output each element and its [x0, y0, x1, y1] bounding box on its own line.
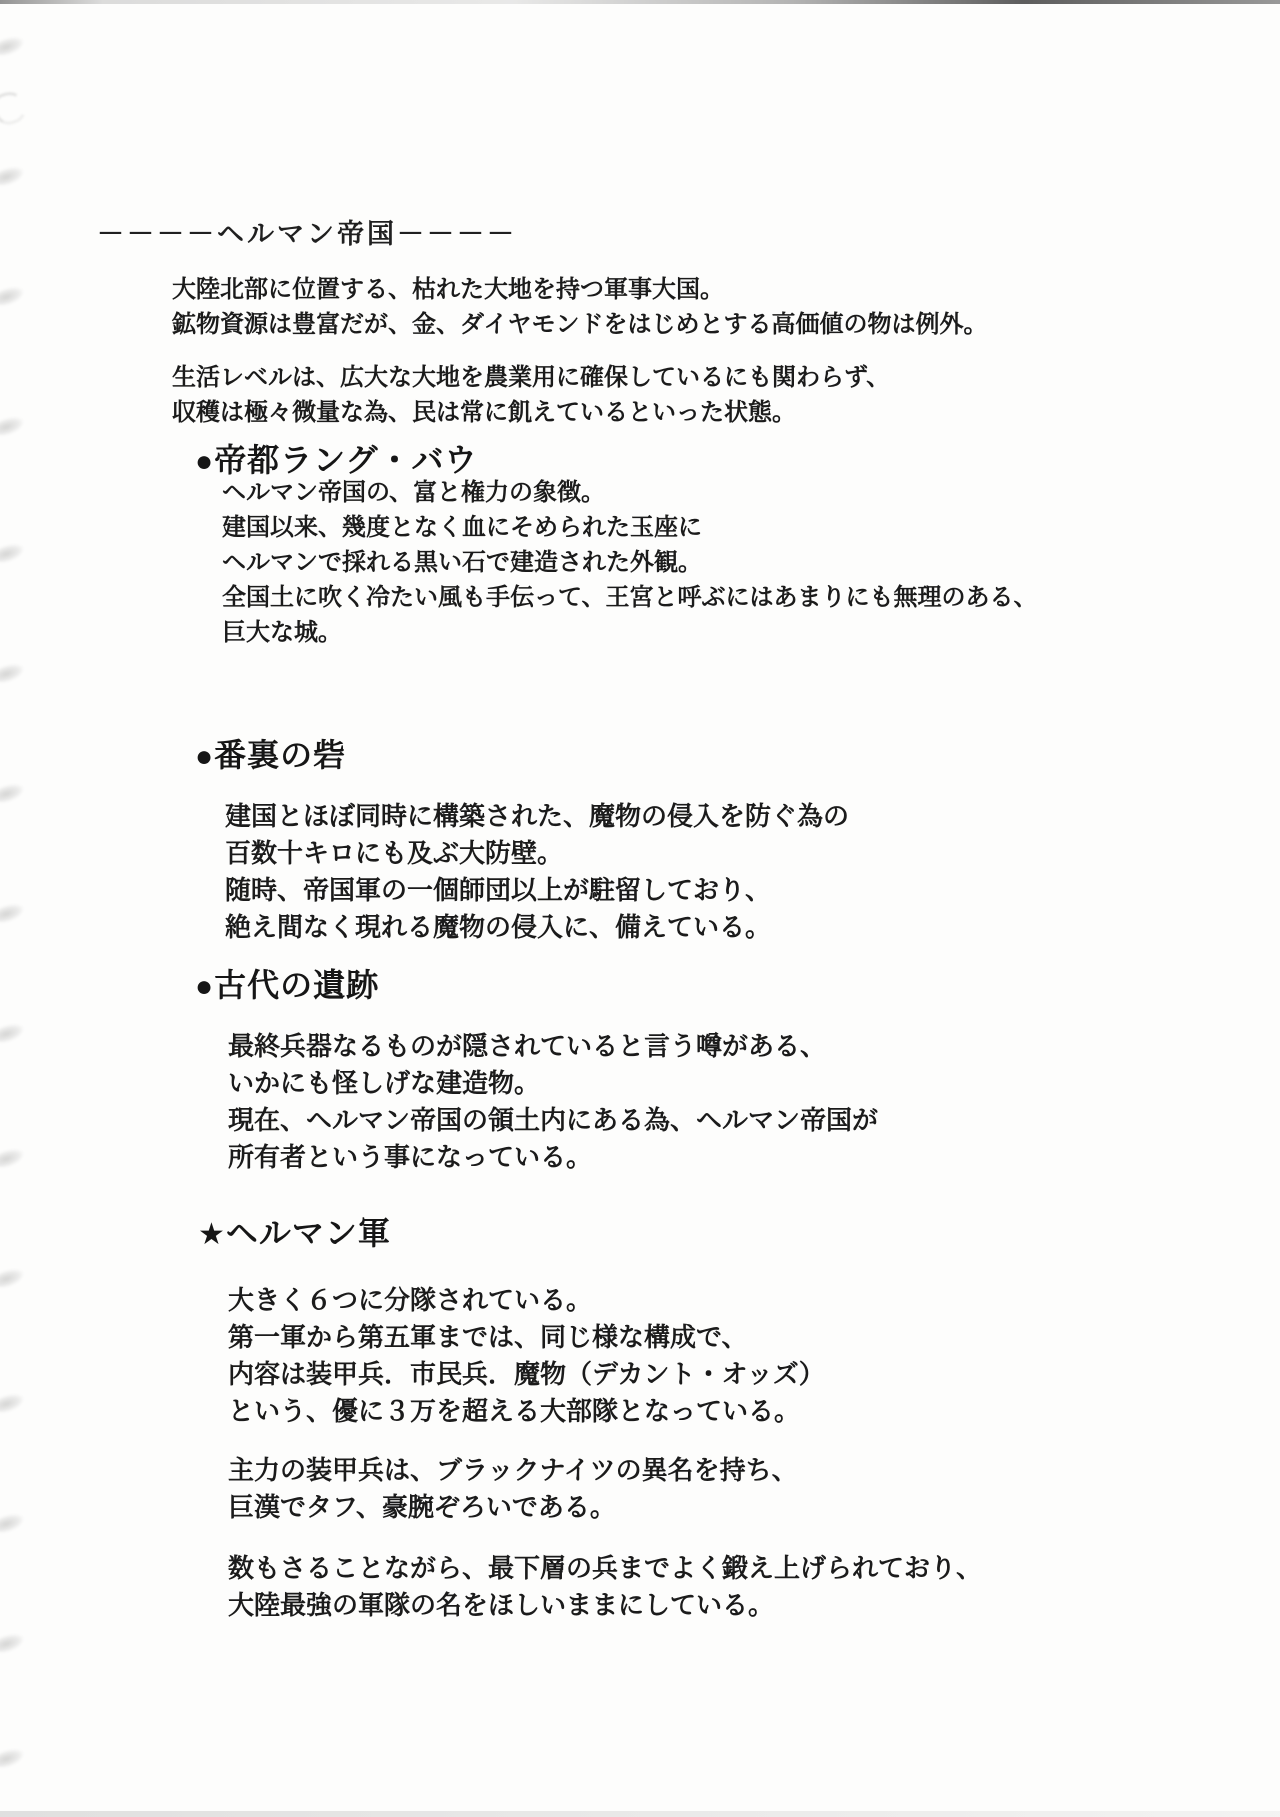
- section-heading-ruins: ●古代の遺跡: [195, 960, 379, 1006]
- text-line: 建国以来、幾度となく血にそめられた玉座に: [222, 510, 1038, 545]
- text-line: 建国とほぼ同時に構築された、魔物の侵入を防ぐ為の: [225, 798, 849, 835]
- text-line: 大陸最強の軍隊の名をほしいままにしている。: [228, 1587, 982, 1624]
- section-heading-army: ★ヘルマン軍: [198, 1208, 391, 1254]
- section-heading-text: 番裏の砦: [214, 737, 346, 773]
- text-line: 巨漢でタフ、豪腕ぞろいである。: [228, 1489, 798, 1526]
- text-line: いかにも怪しげな建造物。: [228, 1065, 878, 1102]
- army-paragraph-2: 主力の装甲兵は、ブラックナイツの異名を持ち、 巨漢でタフ、豪腕ぞろいである。: [228, 1452, 798, 1526]
- intro-paragraph-1: 大陸北部に位置する、枯れた大地を持つ軍事大国。 鉱物資源は豊富だが、金、ダイヤモ…: [172, 272, 988, 342]
- text-line: 現在、ヘルマン帝国の領土内にある為、ヘルマン帝国が: [228, 1102, 878, 1139]
- binding-mark: [0, 1631, 26, 1655]
- text-line: 大きく６つに分隊されている。: [228, 1282, 825, 1319]
- bullet-icon: ●: [195, 740, 214, 773]
- section-heading-text: ヘルマン軍: [226, 1215, 391, 1251]
- text-line: 百数十キロにも及ぶ大防壁。: [225, 835, 849, 872]
- army-paragraph-3: 数もさることながら、最下層の兵までよく鍛え上げられており、 大陸最強の軍隊の名を…: [228, 1550, 982, 1624]
- page-title: －－－－ヘルマン帝国－－－－: [97, 212, 517, 251]
- binding-mark: [0, 1266, 26, 1290]
- bullet-icon: ●: [195, 445, 214, 478]
- text-line: 所有者という事になっている。: [228, 1139, 878, 1176]
- binding-mark: [0, 164, 26, 188]
- binding-mark: [0, 1746, 26, 1770]
- bullet-icon: ●: [195, 970, 214, 1003]
- text-line: 収穫は極々微量な為、民は常に飢えているといった状態。: [172, 395, 890, 430]
- text-line: 全国土に吹く冷たい風も手伝って、王宮と呼ぶにはあまりにも無理のある、: [222, 580, 1038, 615]
- binding-mark: [0, 34, 26, 58]
- army-paragraph-1: 大きく６つに分隊されている。 第一軍から第五軍までは、同じ様な構成で、 内容は装…: [228, 1282, 825, 1430]
- binding-mark: [0, 88, 30, 128]
- text-line: 絶え間なく現れる魔物の侵入に、備えている。: [225, 909, 849, 946]
- text-line: 巨大な城。: [222, 615, 1038, 650]
- section-heading-text: 帝都ラング・バウ: [214, 442, 477, 478]
- text-line: 内容は装甲兵．市民兵．魔物（デカント・オッズ）: [228, 1356, 825, 1393]
- text-line: ヘルマンで採れる黒い石で建造された外観。: [222, 545, 1038, 580]
- text-line: 第一軍から第五軍までは、同じ様な構成で、: [228, 1319, 825, 1356]
- binding-mark: [0, 541, 26, 565]
- text-line: ヘルマン帝国の、富と権力の象徴。: [222, 475, 1038, 510]
- text-line: 数もさることながら、最下層の兵までよく鍛え上げられており、: [228, 1550, 982, 1587]
- text-line: という、優に３万を超える大部隊となっている。: [228, 1393, 825, 1430]
- text-line: 生活レベルは、広大な大地を農業用に確保しているにも関わらず、: [172, 360, 890, 395]
- binding-mark: [0, 901, 26, 925]
- binding-mark: [0, 781, 26, 805]
- scanned-document-page: －－－－ヘルマン帝国－－－－ 大陸北部に位置する、枯れた大地を持つ軍事大国。 鉱…: [0, 0, 1280, 1817]
- text-line: 大陸北部に位置する、枯れた大地を持つ軍事大国。: [172, 272, 988, 307]
- text-line: 最終兵器なるものが隠されていると言う噂がある、: [228, 1028, 878, 1065]
- text-line: 主力の装甲兵は、ブラックナイツの異名を持ち、: [228, 1452, 798, 1489]
- binding-mark: [0, 1511, 26, 1535]
- section-body-fort: 建国とほぼ同時に構築された、魔物の侵入を防ぐ為の 百数十キロにも及ぶ大防壁。 随…: [225, 798, 849, 946]
- star-icon: ★: [198, 1218, 226, 1251]
- binding-mark: [0, 284, 26, 308]
- scan-bottom-edge: [0, 1811, 1280, 1817]
- binding-mark: [0, 414, 26, 438]
- text-line: 随時、帝国軍の一個師団以上が駐留しており、: [225, 872, 849, 909]
- section-heading-fort: ●番裏の砦: [195, 730, 346, 776]
- binding-mark: [0, 1146, 26, 1170]
- binding-mark: [0, 1021, 26, 1045]
- section-body-ruins: 最終兵器なるものが隠されていると言う噂がある、 いかにも怪しげな建造物。 現在、…: [228, 1028, 878, 1176]
- section-heading-text: 古代の遺跡: [214, 967, 379, 1003]
- scan-top-edge: [0, 0, 1280, 4]
- binding-mark: [0, 1391, 26, 1415]
- text-line: 鉱物資源は豊富だが、金、ダイヤモンドをはじめとする高価値の物は例外。: [172, 307, 988, 342]
- binding-mark: [0, 661, 26, 685]
- intro-paragraph-2: 生活レベルは、広大な大地を農業用に確保しているにも関わらず、 収穫は極々微量な為…: [172, 360, 890, 430]
- section-body-capital: ヘルマン帝国の、富と権力の象徴。 建国以来、幾度となく血にそめられた玉座に ヘル…: [222, 475, 1038, 650]
